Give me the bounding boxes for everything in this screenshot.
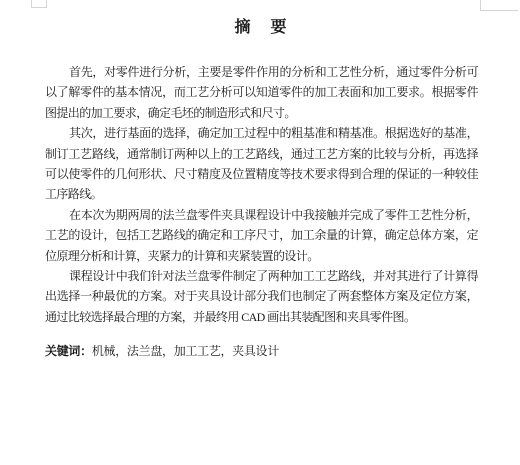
document-page: 摘 要 首先，对零件进行分析，主要是零件作用的分析和工艺性分析，通过零件分析可以… <box>0 0 520 465</box>
abstract-paragraph-4: 课程设计中我们针对法兰盘零件制定了两种加工工艺路线，并对其进行了计算得出选择一种… <box>45 266 478 327</box>
abstract-paragraph-1: 首先，对零件进行分析，主要是零件作用的分析和工艺性分析，通过零件分析可以了解零件… <box>45 62 478 123</box>
page-margin-mark-top-right <box>480 0 518 11</box>
abstract-paragraph-3: 在本次为期两周的法兰盘零件夹具课程设计中我接触并完成了零件工艺性分析，工艺的设计… <box>45 205 478 266</box>
keywords-line: 关键词：机械，法兰盘，加工工艺，夹具设计 <box>45 341 478 361</box>
abstract-paragraph-2: 其次，进行基面的选择，确定加工过程中的粗基准和精基准。根据选好的基准，制订工艺路… <box>45 123 478 205</box>
keywords-value: 机械，法兰盘，加工工艺，夹具设计 <box>92 344 279 358</box>
abstract-content: 摘 要 首先，对零件进行分析，主要是零件作用的分析和工艺性分析，通过零件分析可以… <box>45 0 478 362</box>
keywords-label: 关键词： <box>45 344 92 358</box>
abstract-title: 摘 要 <box>45 19 478 36</box>
